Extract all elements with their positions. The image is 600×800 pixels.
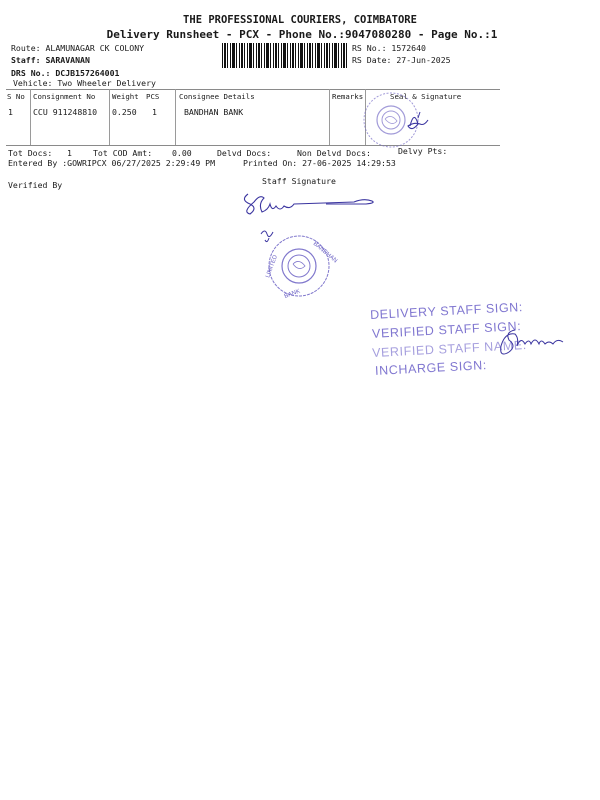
bank-seal-stamp [360, 92, 430, 152]
runsheet-subtitle: Delivery Runsheet - PCX - Phone No.:9047… [2, 28, 600, 41]
bank-seal-stamp-lower: BANDHAN BANK LIMITED [255, 226, 345, 306]
header-consignee: Consignee Details [179, 92, 255, 101]
verified-by-label: Verified By [8, 180, 62, 190]
col-divider [329, 89, 330, 145]
route-label: Route: ALAMUNAGAR CK COLONY [11, 43, 144, 53]
tot-docs-value: 1 [67, 148, 72, 158]
cell-pcs: 1 [152, 107, 157, 117]
rs-number: RS No.: 1572640 [352, 43, 426, 53]
non-delvd-docs-label: Non Delvd Docs: [297, 148, 371, 158]
table-top-border [6, 89, 500, 90]
tot-cod-value: 0.00 [172, 148, 192, 158]
header-sno: S No [7, 92, 25, 101]
col-divider [109, 89, 110, 145]
header-weight: Weight [112, 92, 139, 101]
svg-text:BANK: BANK [284, 289, 301, 300]
staff-label: Staff: SARAVANAN [11, 55, 90, 65]
svg-text:LIMITED: LIMITED [265, 254, 279, 279]
col-divider [175, 89, 176, 145]
cell-consignee: BANDHAN BANK [184, 107, 243, 117]
delvd-docs-label: Delvd Docs: [217, 148, 271, 158]
delvy-pts-label: Delvy Pts: [398, 146, 447, 156]
vehicle-label: Vehicle: Two Wheeler Delivery [13, 78, 156, 88]
col-divider [30, 89, 31, 145]
cell-sno: 1 [8, 107, 13, 117]
company-title: THE PROFESSIONAL COURIERS, COIMBATORE [0, 14, 600, 26]
header-consignment: Consignment No [33, 92, 95, 101]
stamp-line-delivery-staff: DELIVERY STAFF SIGN: [370, 300, 524, 322]
header-remarks: Remarks [332, 92, 363, 101]
stamp-line-incharge: INCHARGE SIGN: [375, 358, 487, 378]
staff-signature-label: Staff Signature [262, 176, 336, 186]
drs-number: DRS No.: DCJB157264001 [11, 68, 119, 78]
tot-cod-label: Tot COD Amt: [93, 148, 152, 158]
runsheet-barcode [222, 43, 348, 68]
entered-by: Entered By :GOWRIPCX 06/27/2025 2:29:49 … [8, 158, 215, 168]
cell-consignment: CCU 911248810 [33, 107, 97, 117]
printed-on: Printed On: 27-06-2025 14:29:53 [243, 158, 396, 168]
cell-weight: 0.250 [112, 107, 137, 117]
tot-docs-label: Tot Docs: [8, 148, 52, 158]
staff-signature-scribble [238, 188, 398, 218]
rs-date: RS Date: 27-Jun-2025 [352, 55, 451, 65]
header-pcs: PCS [146, 92, 159, 101]
verifier-signature-scribble [495, 322, 595, 362]
